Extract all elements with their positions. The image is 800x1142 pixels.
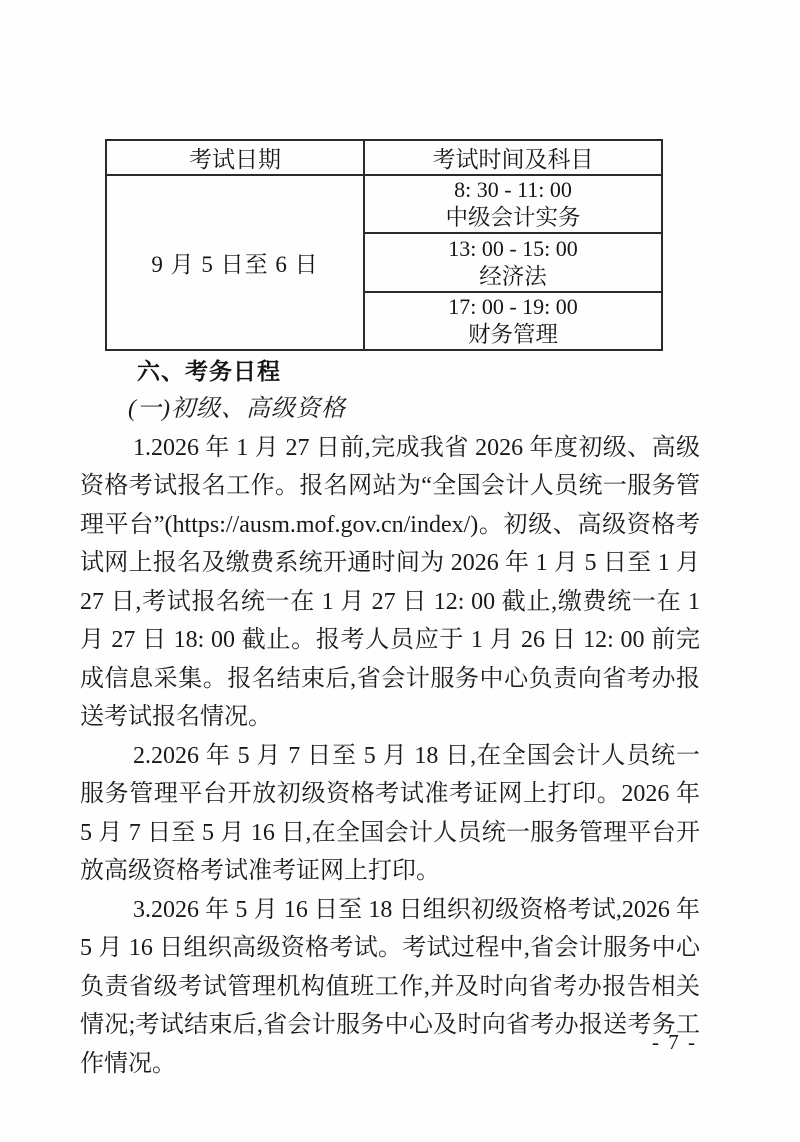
exam-date-cell: 9 月 5 日至 6 日 — [106, 175, 364, 350]
page-number: - 7 - — [652, 1030, 697, 1055]
session-subject: 经济法 — [365, 263, 661, 291]
column-header-exam-date: 考试日期 — [106, 140, 364, 175]
session-cell-evening: 17: 00 - 19: 00 财务管理 — [364, 292, 662, 350]
session-time: 17: 00 - 19: 00 — [365, 293, 661, 321]
paragraph-admission-ticket: 2.2026 年 5 月 7 日至 5 月 18 日,在全国会计人员统一服务管理… — [80, 737, 700, 891]
session-cell-morning: 8: 30 - 11: 00 中级会计实务 — [364, 175, 662, 233]
table-header-row: 考试日期 考试时间及科目 — [106, 140, 662, 175]
paragraph-exam-organization: 3.2026 年 5 月 16 日至 18 日组织初级资格考试,2026 年 5… — [80, 891, 700, 1084]
session-time: 13: 00 - 15: 00 — [365, 235, 661, 263]
session-subject: 财务管理 — [365, 321, 661, 349]
exam-schedule-table: 考试日期 考试时间及科目 9 月 5 日至 6 日 8: 30 - 11: 00… — [105, 139, 663, 351]
paragraph-registration: 1.2026 年 1 月 27 日前,完成我省 2026 年度初级、高级资格考试… — [80, 429, 700, 737]
body-text: 六、考务日程 (一)初级、高级资格 1.2026 年 1 月 27 日前,完成我… — [80, 352, 700, 1083]
table-row: 9 月 5 日至 6 日 8: 30 - 11: 00 中级会计实务 — [106, 175, 662, 233]
document-page: 考试日期 考试时间及科目 9 月 5 日至 6 日 8: 30 - 11: 00… — [0, 0, 800, 1142]
column-header-exam-time-subject: 考试时间及科目 — [364, 140, 662, 175]
session-subject: 中级会计实务 — [365, 204, 661, 232]
sub-heading: (一)初级、高级资格 — [80, 390, 700, 429]
session-time: 8: 30 - 11: 00 — [365, 176, 661, 204]
session-cell-afternoon: 13: 00 - 15: 00 经济法 — [364, 233, 662, 292]
section-heading: 六、考务日程 — [80, 352, 700, 390]
